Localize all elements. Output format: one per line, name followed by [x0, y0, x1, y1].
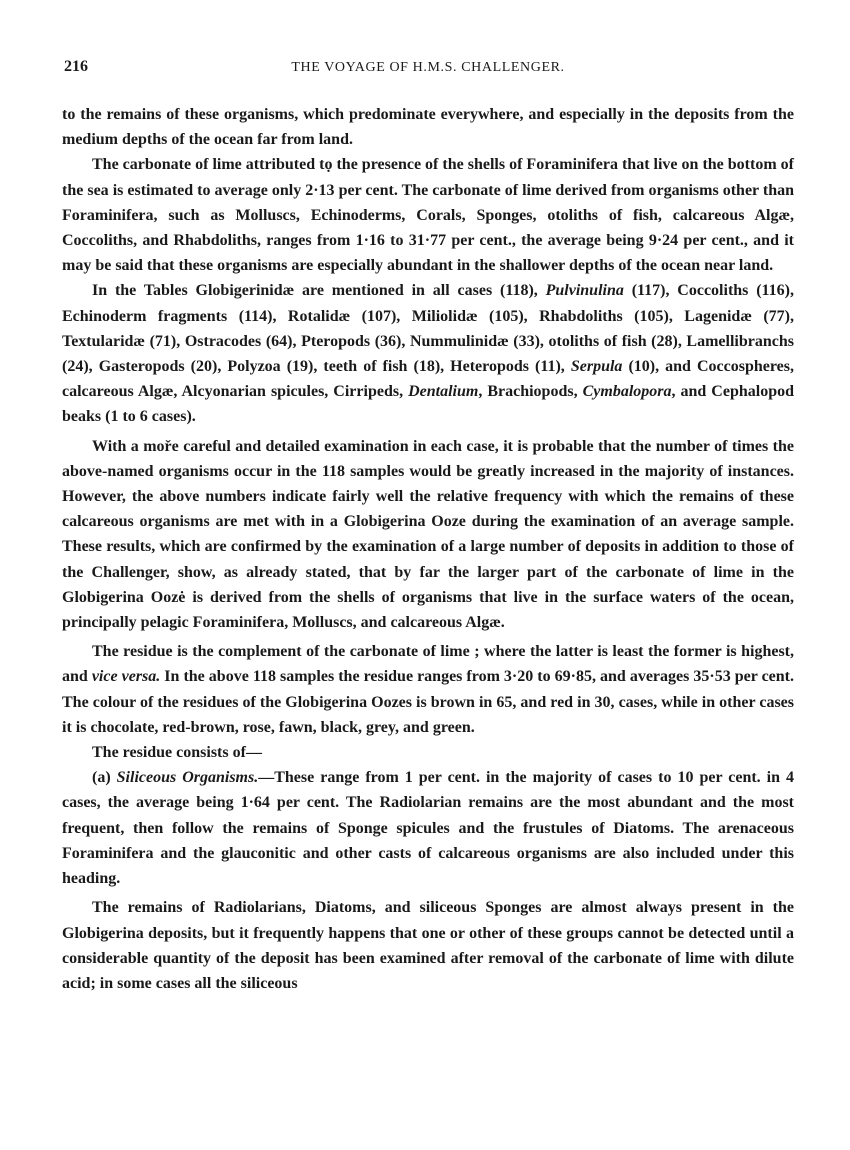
text-run: In the above 118 samples the residue ran…: [62, 668, 794, 735]
document-page: 216 THE VOYAGE OF H.M.S. CHALLENGER. to …: [62, 58, 794, 996]
paragraph: In the Tables Globigerinidæ are mentione…: [62, 278, 794, 429]
italic-text: Pulvinulina: [546, 282, 624, 299]
text-run: —These range from 1 per cent. in the maj…: [62, 769, 794, 887]
italic-text: Serpula: [571, 358, 623, 375]
paragraph: With a moře careful and detailed examina…: [62, 434, 794, 636]
paragraph: to the remains of these organisms, which…: [62, 102, 794, 152]
page-header: 216 THE VOYAGE OF H.M.S. CHALLENGER.: [62, 58, 794, 84]
body-text: to the remains of these organisms, which…: [62, 102, 794, 996]
text-run: The remains of Radiolarians, Diatoms, an…: [62, 899, 794, 992]
paragraph: The residue consists of—: [62, 740, 794, 765]
text-run: (a): [92, 769, 117, 786]
paragraph: (a) Siliceous Organisms.—These range fro…: [62, 765, 794, 891]
text-run: The carbonate of lime attributed tọ the …: [62, 156, 794, 274]
text-run: In the Tables Globigerinidæ are mentione…: [92, 282, 546, 299]
paragraph: The remains of Radiolarians, Diatoms, an…: [62, 895, 794, 996]
text-run: , Brachiopods,: [478, 383, 582, 400]
text-run: The residue consists of—: [92, 744, 262, 761]
text-run: With a moře careful and detailed examina…: [62, 438, 794, 631]
italic-text: Cymbalopora: [583, 383, 672, 400]
paragraph: The carbonate of lime attributed tọ the …: [62, 152, 794, 278]
text-run: to the remains of these organisms, which…: [62, 106, 794, 148]
italic-text: Siliceous Organisms.: [117, 769, 259, 786]
italic-text: vice versa.: [92, 668, 160, 685]
italic-text: Dentalium: [408, 383, 478, 400]
running-title: THE VOYAGE OF H.M.S. CHALLENGER.: [62, 60, 794, 76]
paragraph: The residue is the complement of the car…: [62, 639, 794, 740]
